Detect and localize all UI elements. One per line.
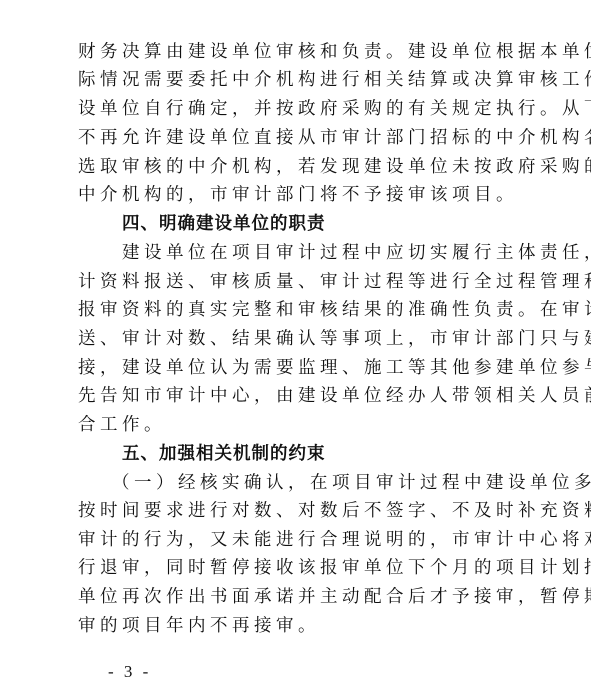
- paragraph-line: 合工作。: [78, 411, 538, 439]
- paragraph-line: 行退审，同时暂停接收该报审单位下个月的项目计划报审，由该: [78, 554, 538, 582]
- paragraph-line: 设单位自行确定，并按政府采购的有关规定执行。从下文之日起，: [78, 95, 538, 123]
- page-number: - 3 -: [108, 662, 151, 682]
- paragraph-line: 财务决算由建设单位审核和负责。建设单位根据本单位及项目实: [78, 38, 538, 66]
- paragraph-line: 选取审核的中介机构，若发现建设单位未按政府采购的规定选取: [78, 153, 538, 181]
- section-heading-5: 五、加强相关机制的约束: [122, 440, 582, 468]
- paragraph-line: 计资料报送、审核质量、审计过程等进行全过程管理和监督，对: [78, 268, 538, 296]
- paragraph-line: 接，建设单位认为需要监理、施工等其他参建单位参与的，应事: [78, 354, 538, 382]
- paragraph-line: 建设单位在项目审计过程中应切实履行主体责任，对项目审: [122, 239, 582, 267]
- paragraph-line: 不再允许建设单位直接从市审计部门招标的中介机构名录库中: [78, 124, 538, 152]
- paragraph-line: 报审资料的真实完整和审核结果的准确性负责。在审计资料报: [78, 296, 538, 324]
- paragraph-line: 中介机构的，市审计部门将不予接审该项目。: [78, 181, 538, 209]
- document-page: 财务决算由建设单位审核和负责。建设单位根据本单位及项目实 际情况需要委托中介机构…: [0, 0, 591, 690]
- paragraph-line: 际情况需要委托中介机构进行相关结算或决算审核工作的，由建: [78, 66, 538, 94]
- paragraph-line: 审的项目年内不再接审。: [78, 612, 538, 640]
- paragraph-line: 送、审计对数、结果确认等事项上，市审计部门只与建设单位对: [78, 325, 538, 353]
- paragraph-line: 审计的行为，又未能进行合理说明的，市审计中心将对该项目实: [78, 526, 538, 554]
- section-heading-4: 四、明确建设单位的职责: [122, 210, 582, 238]
- paragraph-line: 先告知市审计中心，由建设单位经办人带领相关人员前来开展配: [78, 382, 538, 410]
- paragraph-line: 按时间要求进行对数、对数后不签字、不及时补充资料等不配合: [78, 497, 538, 525]
- paragraph-line: 单位再次作出书面承诺并主动配合后才予接审，暂停期间计划报: [78, 583, 538, 611]
- paragraph-line: （一）经核实确认，在项目审计过程中建设单位多次出现不: [112, 469, 572, 497]
